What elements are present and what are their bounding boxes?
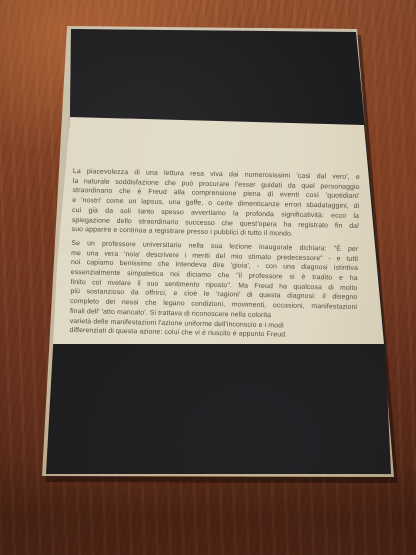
wood-table-background: La piacevolezza di una lettura resa viva…	[0, 0, 416, 555]
back-cover-blurb-text: La piacevolezza di una lettura resa viva…	[69, 167, 359, 342]
